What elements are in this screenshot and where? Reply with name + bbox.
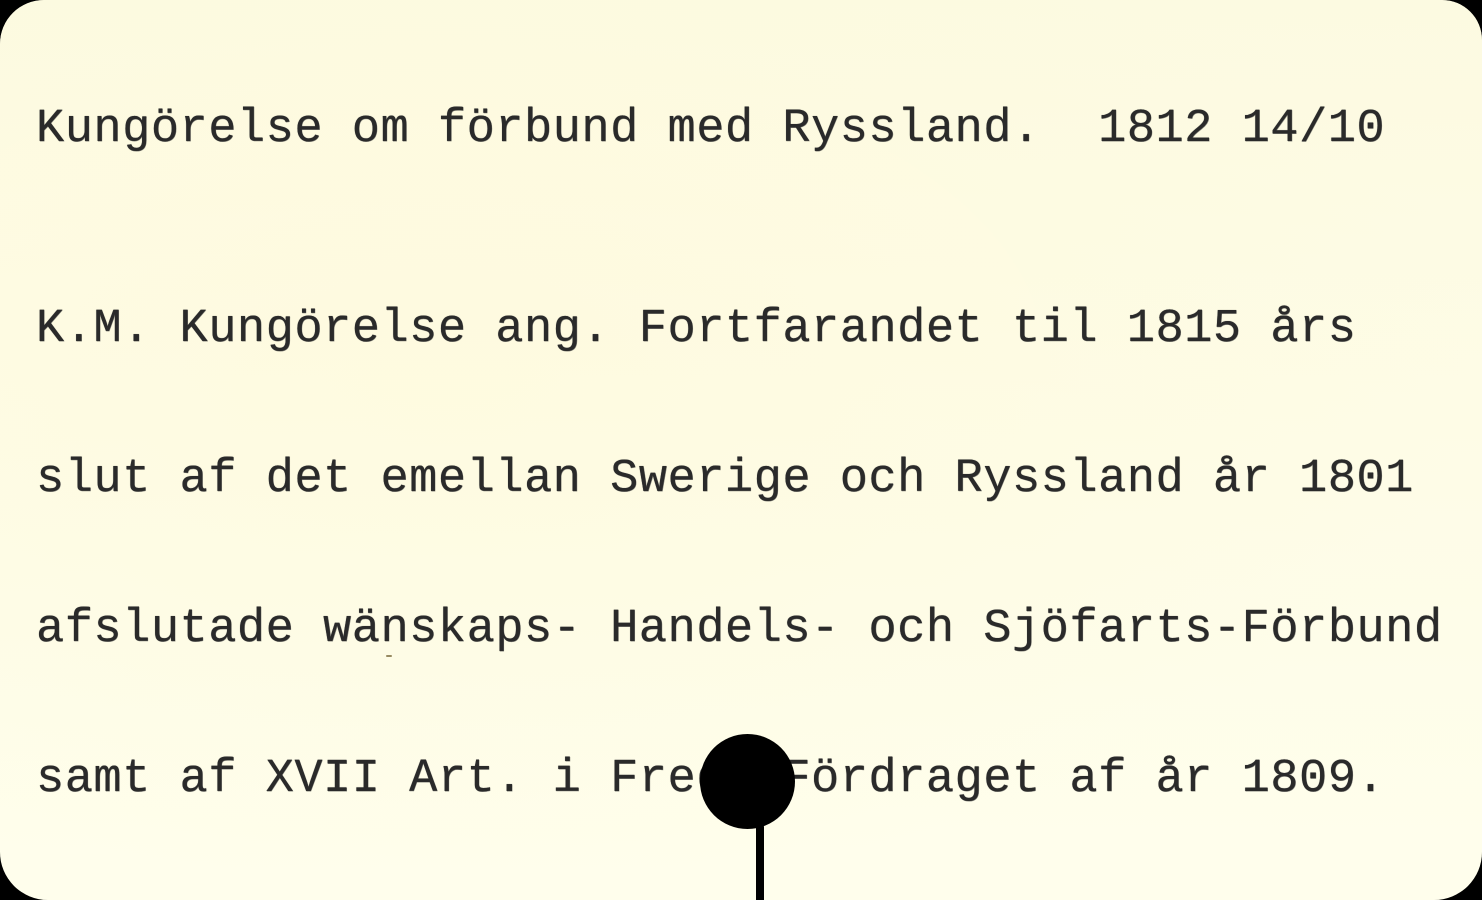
punch-hole-slot (756, 824, 764, 900)
punch-hole (700, 734, 795, 829)
body-line-1: K.M. Kungörelse ang. Fortfarandet til 18… (36, 305, 1443, 355)
paper-speck (386, 655, 392, 657)
body-line-3: afslutade wänskaps- Handels- och Sjöfart… (36, 605, 1443, 655)
body-line-2: slut af det emellan Swerige och Ryssland… (36, 455, 1443, 505)
index-card: Kungörelse om förbund med Ryssland. 1812… (0, 0, 1482, 900)
card-heading: Kungörelse om förbund med Ryssland. 1812… (36, 100, 1385, 160)
